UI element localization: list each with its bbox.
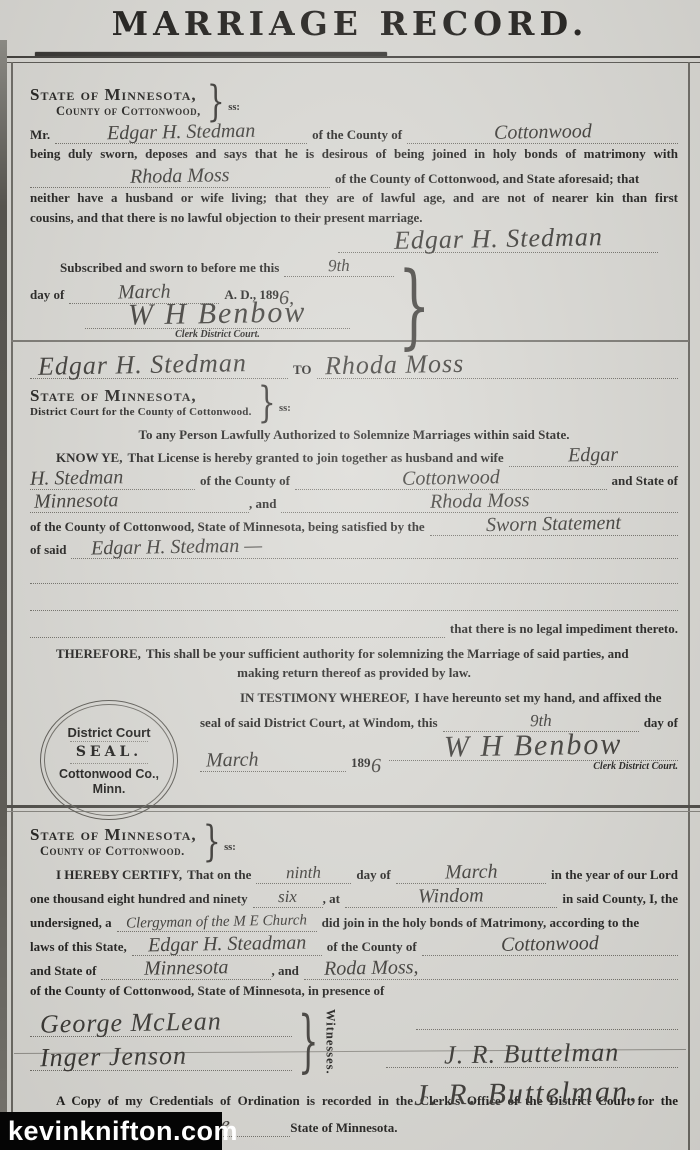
- cert-lord-text: in the year of our Lord: [551, 865, 678, 884]
- cert-place-field: Windom: [345, 888, 557, 908]
- witnesses-brace: }: [298, 1010, 318, 1073]
- witnesses-block: George McLean Inger Jenson } Witnesses. …: [30, 1009, 678, 1075]
- district-court-label: District Court for the County of Cottonw…: [30, 405, 252, 420]
- and-label: , and: [271, 961, 298, 980]
- ss-label: ss:: [224, 842, 236, 853]
- groom-name-field: Edgar H. Stedman: [55, 124, 307, 144]
- cert-state-field: Minnesota: [101, 960, 271, 980]
- therefore-text: This shall be your sufficient authority …: [146, 644, 629, 663]
- affidavit-body-3: neither have a husband or wife living; t…: [30, 188, 678, 209]
- affidavit-section: State of Minnesota, County of Cottonwood…: [30, 84, 678, 340]
- to-label: TO: [293, 360, 312, 379]
- affidavit-venue: State of Minnesota, County of Cottonwood…: [30, 84, 678, 120]
- cert-month-field: March: [396, 864, 546, 884]
- witnesses-label: Witnesses.: [323, 1009, 338, 1075]
- blank-line-3: [30, 637, 445, 638]
- state-label: State of Minnesota,: [30, 85, 201, 104]
- addressee-line: To any Person Lawfully Authorized to Sol…: [30, 425, 678, 445]
- cert-presence-text: of the County of Cottonwood, State of Mi…: [30, 980, 678, 1001]
- venue-brace: }: [202, 823, 220, 861]
- cert-county-field: Cottonwood: [422, 936, 678, 956]
- witness-2-signature: Inger Jenson: [30, 1049, 292, 1071]
- license-groom-name: Edgar H. Stedman: [30, 357, 288, 379]
- certify-label: I HEREBY CERTIFY,: [56, 865, 182, 884]
- district-court-seal: District Court SEAL. Cottonwood Co., Min…: [40, 700, 178, 820]
- certificate-section: State of Minnesota, County of Cottonwood…: [30, 818, 678, 1137]
- marriage-record-document: MARRIAGE RECORD. State of Minnesota, Cou…: [0, 0, 700, 1150]
- groom-signature: Edgar H. Stedman: [338, 231, 658, 253]
- testimony-month-field: March: [200, 752, 346, 772]
- license-groom-first-field: Edgar: [509, 447, 678, 467]
- groom-county-field: Cottonwood: [407, 124, 678, 144]
- license-section: Edgar H. Stedman TO Rhoda Moss State of …: [30, 351, 678, 772]
- county-label: County of Cottonwood,: [30, 104, 201, 119]
- clerk-signature-block: W H Benbow Clerk District Court.: [389, 738, 679, 772]
- top-rule: [0, 56, 700, 58]
- and-state-label: and State of: [612, 471, 678, 490]
- county-label: County of Cottonwood.: [30, 844, 197, 859]
- state-label: State of Minnesota,: [30, 386, 252, 405]
- therefore-text-2: making return thereof as provided by law…: [30, 663, 678, 682]
- section-divider-1: [11, 340, 689, 342]
- sworn-day-field: 9th: [284, 257, 394, 277]
- know-ye-label: KNOW YE,: [56, 448, 122, 467]
- seal-line-3: Cottonwood Co.,: [59, 766, 159, 782]
- clerk-signature: W H Benbow: [85, 306, 350, 329]
- mr-label: Mr.: [30, 125, 50, 144]
- bride-name-field: Rhoda Moss: [30, 168, 330, 188]
- state-of-label: State of Minnesota.: [290, 1118, 397, 1137]
- impediment-text: that there is no legal impediment theret…: [450, 619, 678, 638]
- cert-officiant-field: Clergyman of the M E Church: [117, 912, 317, 932]
- testimony-day-of: day of: [644, 713, 678, 732]
- clerk-title: Clerk District Court.: [593, 761, 678, 772]
- testimony-text-2: seal of said District Court, at Windom, …: [200, 713, 438, 732]
- cert-year-field: six: [253, 888, 323, 908]
- of-county-label: of the County of: [327, 937, 417, 956]
- cert-year-text: one thousand eight hundred and ninety: [30, 889, 248, 908]
- state-label: State of Minnesota,: [30, 825, 197, 844]
- watermark-text: kevinknifton.com: [0, 1116, 238, 1147]
- watermark-banner: kevinknifton.com: [0, 1112, 222, 1150]
- top-rule-thin: [0, 62, 700, 63]
- affidavit-body-1: being duly sworn, deposes and says that …: [30, 144, 678, 165]
- affidavit-body-2: of the County of Cottonwood, and State a…: [335, 169, 678, 188]
- clerk-signature-block: W H Benbow Clerk District Court.: [85, 306, 350, 340]
- license-groom-rest-field: H. Stedman: [30, 470, 195, 490]
- license-venue: State of Minnesota, District Court for t…: [30, 385, 678, 421]
- and-state-label: and State of: [30, 961, 96, 980]
- blank-signature-line: [416, 1011, 678, 1030]
- license-bride-name: Rhoda Moss: [317, 357, 678, 379]
- therefore-label: THEREFORE,: [56, 644, 141, 663]
- license-county-field: Cottonwood: [295, 470, 607, 490]
- cert-bride-field: Roda Moss,: [304, 960, 678, 980]
- blank-line-1: [30, 559, 678, 584]
- testimony-block: District Court SEAL. Cottonwood Co., Min…: [30, 688, 678, 772]
- cert-at-label: , at: [323, 889, 340, 908]
- venue-brace: }: [257, 384, 275, 422]
- officiant-signature-2: J. R. Buttelman,: [413, 1084, 638, 1104]
- testimony-label: IN TESTIMONY WHEREOF,: [240, 688, 409, 707]
- sworn-brace: }: [398, 252, 430, 359]
- seal-column: District Court SEAL. Cottonwood Co., Min…: [30, 688, 200, 772]
- know-ye-text: That License is hereby granted to join t…: [127, 448, 503, 467]
- blank-line-2: [30, 584, 678, 611]
- cert-groom-field: Edgar H. Steadman: [132, 936, 322, 956]
- sworn-statement-field: Sworn Statement: [430, 516, 678, 536]
- cert-day-field: ninth: [256, 864, 351, 884]
- scan-edge: [0, 40, 7, 1150]
- cert-county-text: in said County, I, the: [562, 889, 678, 908]
- testimony-text: I have hereunto set my hand, and affixed…: [414, 688, 661, 707]
- seal-line-1: District Court: [67, 724, 150, 741]
- satisfied-text: of the County of Cottonwood, State of Mi…: [30, 517, 425, 536]
- frame-left: [11, 62, 13, 1150]
- license-bride-field: Rhoda Moss: [281, 493, 678, 513]
- officiant-signature: J. R. Buttelman: [386, 1046, 678, 1068]
- clerk-signature: W H Benbow: [389, 738, 679, 761]
- ss-label: ss:: [279, 403, 291, 414]
- cert-day-of: day of: [356, 865, 390, 884]
- of-said-label: of said: [30, 540, 66, 559]
- seal-line-4: Minn.: [93, 782, 126, 796]
- frame-right: [688, 62, 690, 1150]
- of-county-label: of the County of: [312, 125, 402, 144]
- cert-undersigned: undersigned, a: [30, 913, 112, 932]
- sworn-text: Subscribed and sworn to before me this: [60, 258, 279, 277]
- venue-brace: }: [207, 83, 225, 121]
- and-label: , and: [249, 494, 276, 513]
- of-said-name-field: Edgar H. Stedman —: [71, 539, 678, 559]
- cert-join-text: did join in the holy bonds of Matrimony,…: [322, 913, 678, 932]
- of-county-label: of the County of: [200, 471, 290, 490]
- testimony-year-prefix: 189: [351, 753, 371, 772]
- certify-text: That on the: [187, 865, 251, 884]
- testimony-year-digit: 6: [370, 758, 380, 774]
- page-title: MARRIAGE RECORD.: [0, 4, 700, 43]
- witness-1-signature: George McLean: [30, 1015, 292, 1037]
- cert-laws-text: laws of this State,: [30, 937, 127, 956]
- seal-line-2: SEAL.: [70, 741, 148, 764]
- day-of-label: day of: [30, 285, 64, 304]
- ss-label: ss:: [228, 102, 240, 113]
- certificate-venue: State of Minnesota, County of Cottonwood…: [30, 824, 678, 860]
- license-state-field: Minnesota: [30, 493, 249, 513]
